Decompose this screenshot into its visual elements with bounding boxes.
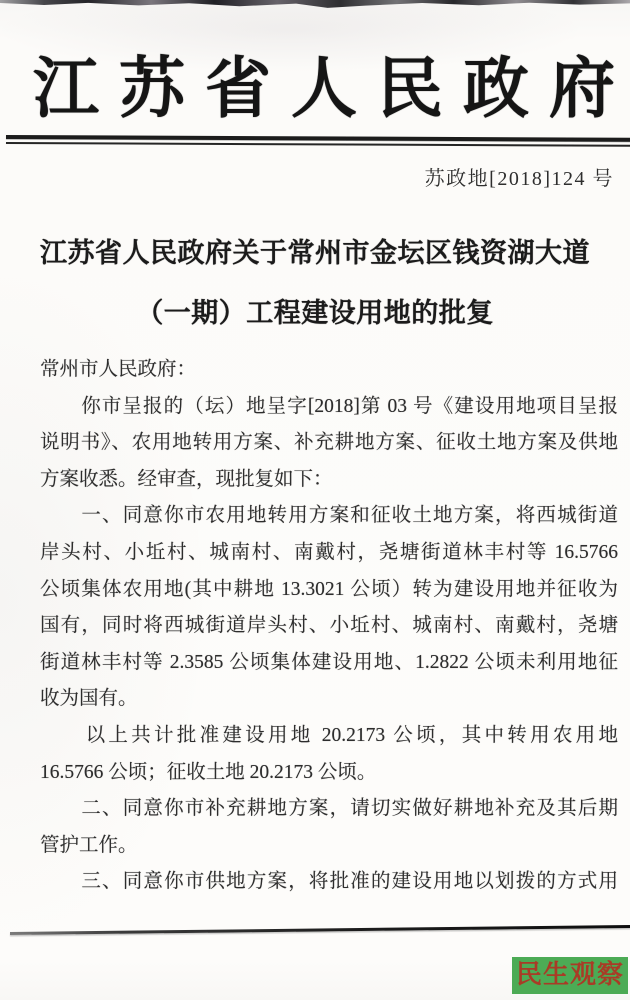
watermark-badge: 民生观察 — [512, 957, 628, 994]
document-number: 苏政地[2018]124 号 — [425, 162, 614, 191]
body-line: 三、同意你市供地方案，将批准的建设用地以划拨的方式用 — [40, 864, 618, 901]
body-line: 岸头村、小坵村、城南村、南戴村，尧塘街道林丰村等 16.5766 — [40, 535, 618, 572]
document-page: 江苏省人民政府 苏政地[2018]124 号 江苏省人民政府关于常州市金坛区钱资… — [0, 0, 630, 1000]
body-line-recipient: 常州市人民政府： — [40, 352, 618, 389]
body-line: 国有，同时将西城街道岸头村、小坵村、城南村、南戴村，尧塘 — [40, 608, 618, 645]
scan-artifact-top-edge — [0, 0, 630, 9]
body-line: 方案收悉。经审查，现批复如下： — [40, 462, 618, 499]
body-line: 二、同意你市补充耕地方案，请切实做好耕地补充及其后期 — [40, 791, 618, 828]
document-title-line-1: 江苏省人民政府关于常州市金坛区钱资湖大道 — [0, 223, 630, 283]
body-line: 一、同意你市农用地转用方案和征收土地方案，将西城街道 — [40, 498, 618, 535]
document-title: 江苏省人民政府关于常州市金坛区钱资湖大道 （一期）工程建设用地的批复 — [0, 223, 630, 343]
letterhead-divider — [6, 135, 630, 146]
body-line: 管护工作。 — [40, 828, 618, 865]
page-bottom-rule — [10, 925, 630, 935]
body-line: 收为国有。 — [40, 681, 618, 718]
body-line: 16.5766 公顷；征收土地 20.2173 公顷。 — [40, 755, 618, 792]
document-title-line-2: （一期）工程建设用地的批复 — [0, 283, 630, 343]
body-line: 以上共计批准建设用地 20.2173 公顷，其中转用农用地 — [40, 718, 618, 755]
body-line: 你市呈报的（坛）地呈字[2018]第 03 号《建设用地项目呈报 — [40, 389, 618, 426]
document-body: 常州市人民政府： 你市呈报的（坛）地呈字[2018]第 03 号《建设用地项目呈… — [40, 352, 618, 901]
body-line: 公顷集体农用地(其中耕地 13.3021 公顷）转为建设用地并征收为 — [40, 572, 618, 609]
body-line: 说明书》、农用地转用方案、补充耕地方案、征收土地方案及供地 — [40, 425, 618, 462]
letterhead-agency-name: 江苏省人民政府 — [33, 50, 630, 130]
body-line: 街道林丰村等 2.3585 公顷集体建设用地、1.2822 公顷未利用地征 — [40, 645, 618, 682]
